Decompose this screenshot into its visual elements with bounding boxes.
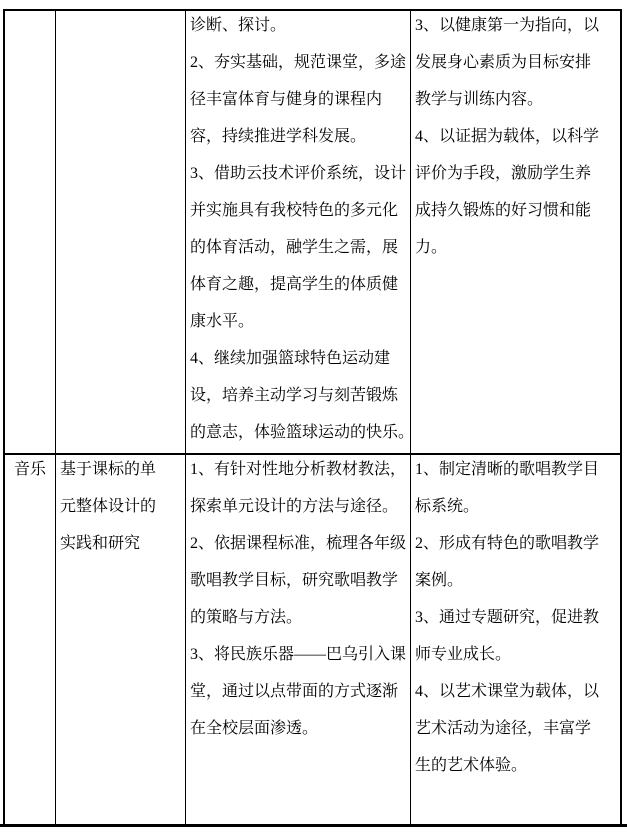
goals-cell-row1: 3、以健康第一为指向，以 发展身心素质为目标安排 教学与训练内容。 4、以证据为… [411,11,620,455]
topic-text: 基于课标的单 元整体设计的 实践和研究 [60,455,181,562]
teaching-plan-table: 诊断、探讨。 2、夯实基础，规范课堂，多途 径丰富体育与健身的课程内 容，持续推… [3,9,622,824]
goals-text: 1、制定清晰的歌唱教学目 标系统。 2、形成有特色的歌唱教学 案例。 3、通过专… [415,455,616,784]
subject-cell-row2: 音乐 [5,455,56,824]
measures-cell-row2: 1、有针对性地分析教材教法， 探索单元设计的方法与途径。 2、依据课程标准，梳理… [186,455,411,824]
goals-text: 3、以健康第一为指向，以 发展身心素质为目标安排 教学与训练内容。 4、以证据为… [415,11,616,266]
document-page: 诊断、探讨。 2、夯实基础，规范课堂，多途 径丰富体育与健身的课程内 容，持续推… [0,0,627,834]
goals-cell-row2: 1、制定清晰的歌唱教学目 标系统。 2、形成有特色的歌唱教学 案例。 3、通过专… [411,455,620,824]
topic-cell-row1 [56,11,186,455]
measures-text: 1、有针对性地分析教材教法， 探索单元设计的方法与途径。 2、依据课程标准，梳理… [190,455,406,747]
subject-text: 音乐 [5,455,55,488]
topic-cell-row2: 基于课标的单 元整体设计的 实践和研究 [56,455,186,824]
measures-cell-row1: 诊断、探讨。 2、夯实基础，规范课堂，多途 径丰富体育与健身的课程内 容，持续推… [186,11,411,455]
table-bottom-rule [0,824,627,827]
subject-cell-row1 [5,11,56,455]
measures-text: 诊断、探讨。 2、夯实基础，规范课堂，多途 径丰富体育与健身的课程内 容，持续推… [190,11,406,451]
